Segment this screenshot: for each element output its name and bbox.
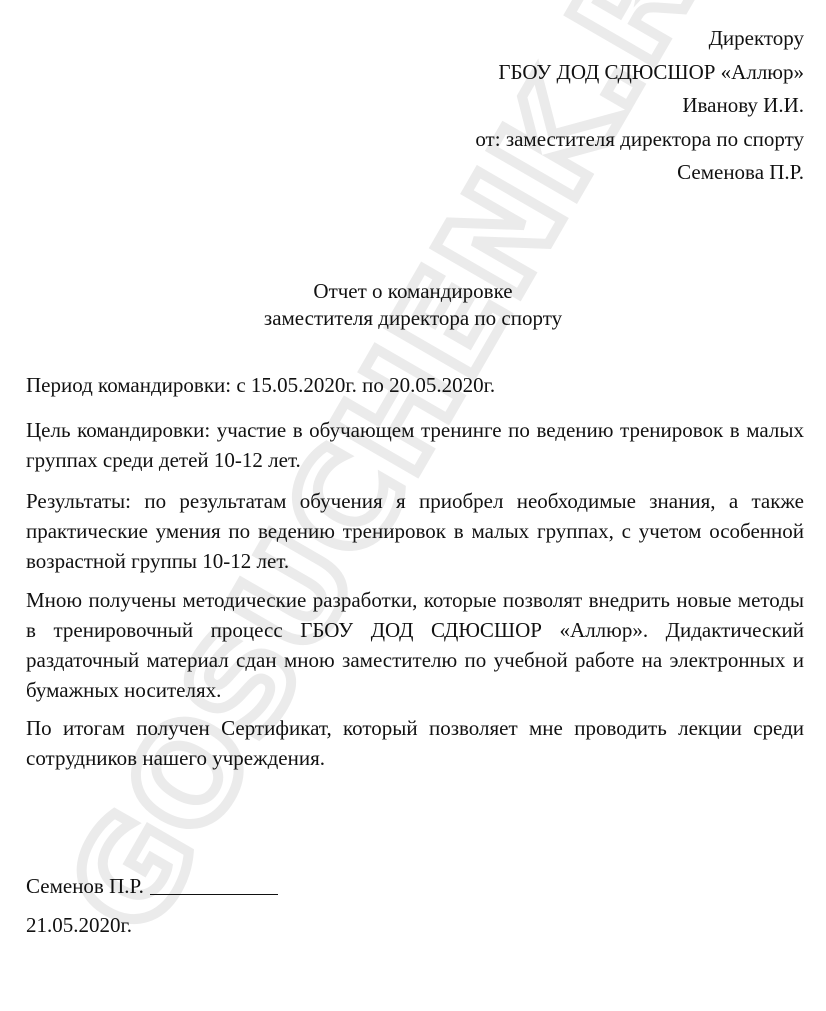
paragraph-results: Результаты: по результатам обучения я пр… [26, 486, 804, 576]
sender-name: Семенова П.Р. [475, 156, 804, 190]
signature-date: 21.05.2020г. [26, 910, 132, 940]
document-title: Отчет о командировке заместителя директо… [0, 278, 826, 332]
signatory-name: Семенов П.Р. [26, 874, 144, 898]
signature-blank [150, 874, 278, 895]
paragraph-period: Период командировки: с 15.05.2020г. по 2… [26, 370, 804, 400]
paragraph-text: Мною получены методические разработки, к… [26, 585, 804, 705]
document-page: GOSUCHENK.RU Директору ГБОУ ДОД СДЮСШОР … [0, 0, 826, 1011]
paragraph-text: По итогам получен Сертификат, который по… [26, 713, 804, 773]
paragraph-text: Результаты: по результатам обучения я пр… [26, 486, 804, 576]
title-line-2: заместителя директора по спорту [0, 305, 826, 332]
title-line-1: Отчет о командировке [0, 278, 826, 305]
addressee-organization: ГБОУ ДОД СДЮСШОР «Аллюр» [475, 56, 804, 90]
paragraph-purpose: Цель командировки: участие в обучающем т… [26, 415, 804, 475]
sender-position: от: заместителя директора по спорту [475, 123, 804, 157]
addressee-block: Директору ГБОУ ДОД СДЮСШОР «Аллюр» Ивано… [475, 22, 804, 190]
addressee-name: Иванову И.И. [475, 89, 804, 123]
paragraph-text: Цель командировки: участие в обучающем т… [26, 415, 804, 475]
paragraph-text: Период командировки: с 15.05.2020г. по 2… [26, 370, 804, 400]
paragraph-materials: Мною получены методические разработки, к… [26, 585, 804, 705]
paragraph-certificate: По итогам получен Сертификат, который по… [26, 713, 804, 773]
addressee-position: Директору [475, 22, 804, 56]
signature-line: Семенов П.Р. [26, 871, 278, 901]
